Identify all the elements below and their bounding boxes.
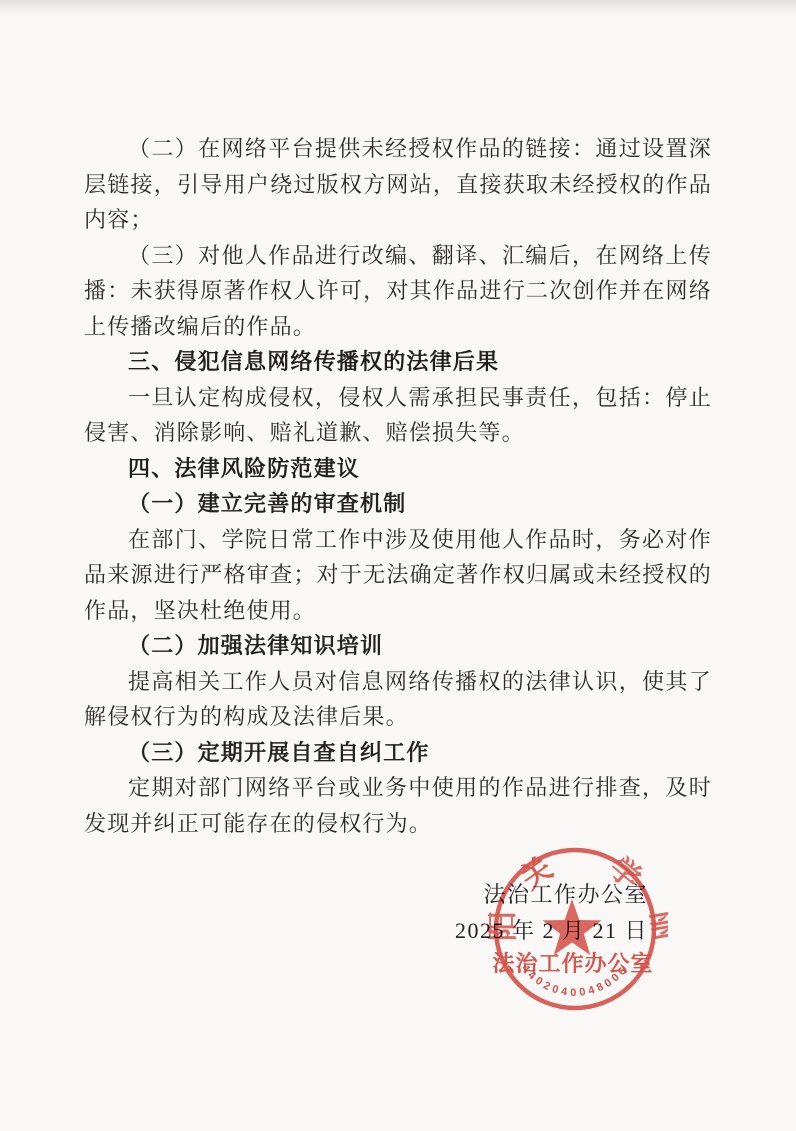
seal-arc-glyph: 阳 bbox=[487, 911, 520, 941]
section-heading-3: 三、侵犯信息网络传播权的法律后果 bbox=[84, 344, 712, 380]
seal-arc-glyph: 关 bbox=[515, 851, 559, 895]
paragraph-link-provision: （二）在网络平台提供未经授权作品的链接：通过设置深层链接，引导用户绕过版权方网站… bbox=[84, 131, 712, 238]
subheading-self-inspection: （三）定期开展自查自纠工作 bbox=[84, 735, 712, 771]
subheading-review-system: （一）建立完善的审查机制 bbox=[84, 486, 712, 522]
paragraph-self-inspection: 定期对部门网络平台或业务中使用的作品进行排查，及时发现并纠正可能存在的侵权行为。 bbox=[84, 770, 712, 841]
document-body: （二）在网络平台提供未经授权作品的链接：通过设置深层链接，引导用户绕过版权方网站… bbox=[84, 131, 712, 841]
paragraph-legal-training: 提高相关工作人员对信息网络传播权的法律认识，使其了解侵权行为的构成及法律后果。 bbox=[84, 664, 712, 735]
paragraph-review-system: 在部门、学院日常工作中涉及使用他人作品时，务必对作品来源进行严格审查；对于无法确… bbox=[84, 522, 712, 629]
red-star-icon bbox=[543, 899, 602, 955]
seal-arc-glyph: 丽 bbox=[644, 907, 668, 942]
document-page: （二）在网络平台提供未经授权作品的链接：通过设置深层链接，引导用户绕过版权方网站… bbox=[0, 0, 796, 1131]
paragraph-adaptation: （三）对他人作品进行改编、翻译、汇编后，在网络上传播：未获得原著作权人许可，对其… bbox=[84, 238, 712, 345]
official-seal: 阳 关 学 丽 法治工作办公室 4402040048006 bbox=[482, 837, 668, 1023]
paragraph-liability: 一旦认定构成侵权，侵权人需承担民事责任，包括：停止侵害、消除影响、赔礼道歉、赔偿… bbox=[84, 380, 712, 451]
section-heading-4: 四、法律风险防范建议 bbox=[84, 451, 712, 487]
subheading-legal-training: （二）加强法律知识培训 bbox=[84, 628, 712, 664]
